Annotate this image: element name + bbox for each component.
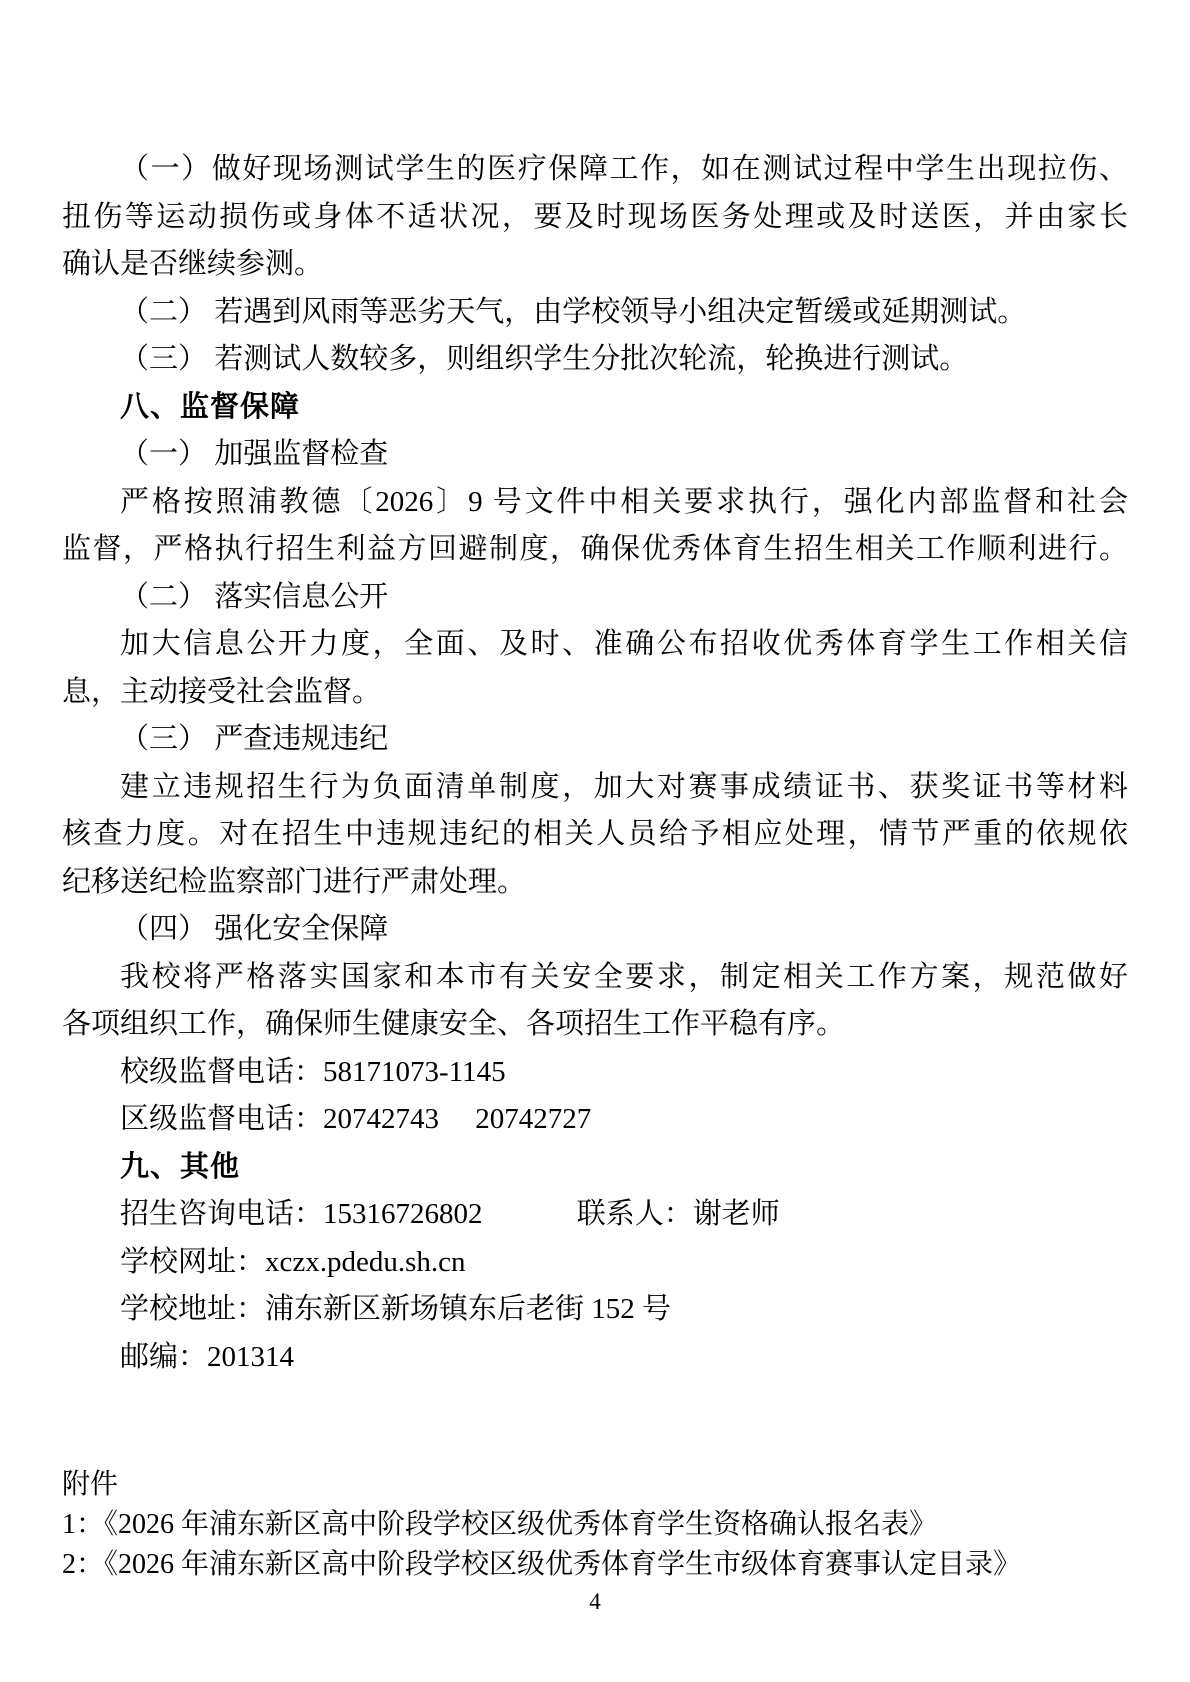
para-disclosure-line1: 加大信息公开力度，全面、及时、准确公布招收优秀体育学生工作相关信 — [62, 621, 1128, 669]
para-medical-care-line1: （一）做好现场测试学生的医疗保障工作，如在测试过程中学生出现拉伤、 — [62, 146, 1128, 194]
section-heading-other: 九、其他 — [62, 1144, 1128, 1192]
para-medical-care-line3: 确认是否继续参测。 — [62, 241, 1128, 289]
attachment-item: 1：《2026 年浦东新区高中阶段学校区级优秀体育学生资格确认报名表》 — [62, 1505, 1128, 1545]
para-violation-line3: 纪移送纪检监察部门进行严肃处理。 — [62, 859, 1128, 907]
para-safety-line1: 我校将严格落实国家和本市有关安全要求，制定相关工作方案，规范做好 — [62, 954, 1128, 1002]
subheading-information-disclosure: （二） 落实信息公开 — [62, 574, 1128, 622]
para-violation-line1: 建立违规招生行为负面清单制度，加大对赛事成绩证书、获奖证书等材料 — [62, 764, 1128, 812]
para-safety-line2: 各项组织工作，确保师生健康安全、各项招生工作平稳有序。 — [62, 1001, 1128, 1049]
subheading-safety-guarantee: （四） 强化安全保障 — [62, 906, 1128, 954]
para-bad-weather: （二） 若遇到风雨等恶劣天气，由学校领导小组决定暂缓或延期测试。 — [62, 289, 1128, 337]
district-supervision-phone: 区级监督电话：20742743 20742727 — [62, 1096, 1128, 1144]
para-violation-line2: 核查力度。对在招生中违规违纪的相关人员给予相应处理，情节严重的依规依 — [62, 811, 1128, 859]
postal-code: 邮编：201314 — [62, 1334, 1128, 1382]
consult-phone-and-contact: 招生咨询电话：15316726802 联系人：谢老师 — [62, 1191, 1128, 1239]
subheading-violation-check: （三） 严查违规违纪 — [62, 716, 1128, 764]
para-medical-care-line2: 扭伤等运动损伤或身体不适状况，要及时现场医务处理或及时送医，并由家长 — [62, 194, 1128, 242]
page-number: 4 — [62, 1587, 1128, 1617]
school-supervision-phone: 校级监督电话：58171073-1145 — [62, 1049, 1128, 1097]
document-page: （一）做好现场测试学生的医疗保障工作，如在测试过程中学生出现拉伤、 扭伤等运动损… — [0, 0, 1190, 1682]
attachments-label: 附件 — [62, 1465, 1128, 1505]
attachments-block: 附件 1：《2026 年浦东新区高中阶段学校区级优秀体育学生资格确认报名表》 2… — [62, 1465, 1128, 1585]
para-disclosure-line2: 息，主动接受社会监督。 — [62, 669, 1128, 717]
school-address: 学校地址：浦东新区新场镇东后老街 152 号 — [62, 1286, 1128, 1334]
section-heading-supervision: 八、监督保障 — [62, 384, 1128, 432]
subheading-strengthen-inspection: （一） 加强监督检查 — [62, 431, 1128, 479]
para-inspection-line1: 严格按照浦教德〔2026〕9 号文件中相关要求执行，强化内部监督和社会 — [62, 479, 1128, 527]
school-website: 学校网址：xczx.pdedu.sh.cn — [62, 1239, 1128, 1287]
para-batch-testing: （三） 若测试人数较多，则组织学生分批次轮流，轮换进行测试。 — [62, 336, 1128, 384]
attachment-item: 2：《2026 年浦东新区高中阶段学校区级优秀体育学生市级体育赛事认定目录》 — [62, 1545, 1128, 1585]
para-inspection-line2: 监督，严格执行招生利益方回避制度，确保优秀体育生招生相关工作顺利进行。 — [62, 526, 1128, 574]
